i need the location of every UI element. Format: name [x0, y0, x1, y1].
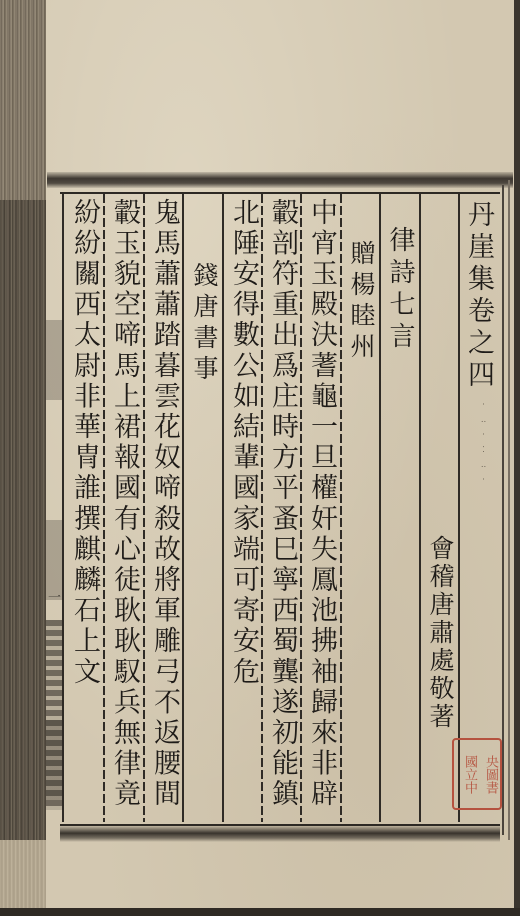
ink-specks: ·‥·⁚‥·	[468, 400, 488, 550]
poem-line: 轂剖符重出爲庄時方平蚤巳寧西蜀龔遂初能鎮	[266, 198, 299, 810]
frame-right-outer-border	[508, 180, 510, 840]
poem-line: 鬼馬蕭蕭踏暮雲花奴啼殺故將軍雕弓不返腰間	[148, 198, 181, 810]
column-rule	[458, 194, 460, 822]
page-stack-edge	[0, 840, 46, 910]
genre-heading: 律詩七言	[383, 226, 416, 354]
column-rule	[340, 194, 342, 822]
column-rule	[182, 194, 184, 822]
column-rule	[103, 194, 105, 822]
poem-line: 北陲安得數公如結輩國家端可寄安危	[227, 198, 260, 688]
column-rule	[379, 194, 381, 822]
author-byline: 會稽唐肅處敬著	[424, 535, 457, 731]
column-rule	[419, 194, 421, 822]
page-bottom-edge	[0, 908, 520, 916]
frame-top-border	[47, 172, 513, 188]
poem-line: 中宵玉殿決蓍龜一旦權奸失鳳池拂袖歸來非辟	[305, 198, 338, 810]
poem-line: 轂玉貌空啼馬上裙報國有心徒耿耿馭兵無律竟	[108, 198, 141, 810]
spine-shadow	[0, 200, 46, 840]
column-rule	[300, 194, 302, 822]
column-rule	[143, 194, 145, 822]
seal-text-left: 央圖書	[477, 742, 498, 806]
volume-title: 丹崖集卷之四	[462, 200, 495, 392]
collector-seal: 國立中 央圖書	[452, 738, 502, 810]
column-rule	[62, 194, 64, 822]
seal-text-right: 國立中	[456, 742, 477, 806]
frame-right-border	[502, 185, 504, 835]
poem-title: 錢唐書事	[188, 262, 221, 386]
column-rule	[261, 194, 263, 822]
column-rule	[222, 194, 224, 822]
poem-line: 紛紛關西太尉非華冑誰撰麒麟石上文	[68, 198, 101, 688]
frame-bottom-border	[60, 826, 500, 842]
page-right-edge	[514, 0, 520, 916]
poem-title: 贈楊睦州	[345, 240, 378, 364]
margin-mark: 一	[48, 590, 62, 690]
